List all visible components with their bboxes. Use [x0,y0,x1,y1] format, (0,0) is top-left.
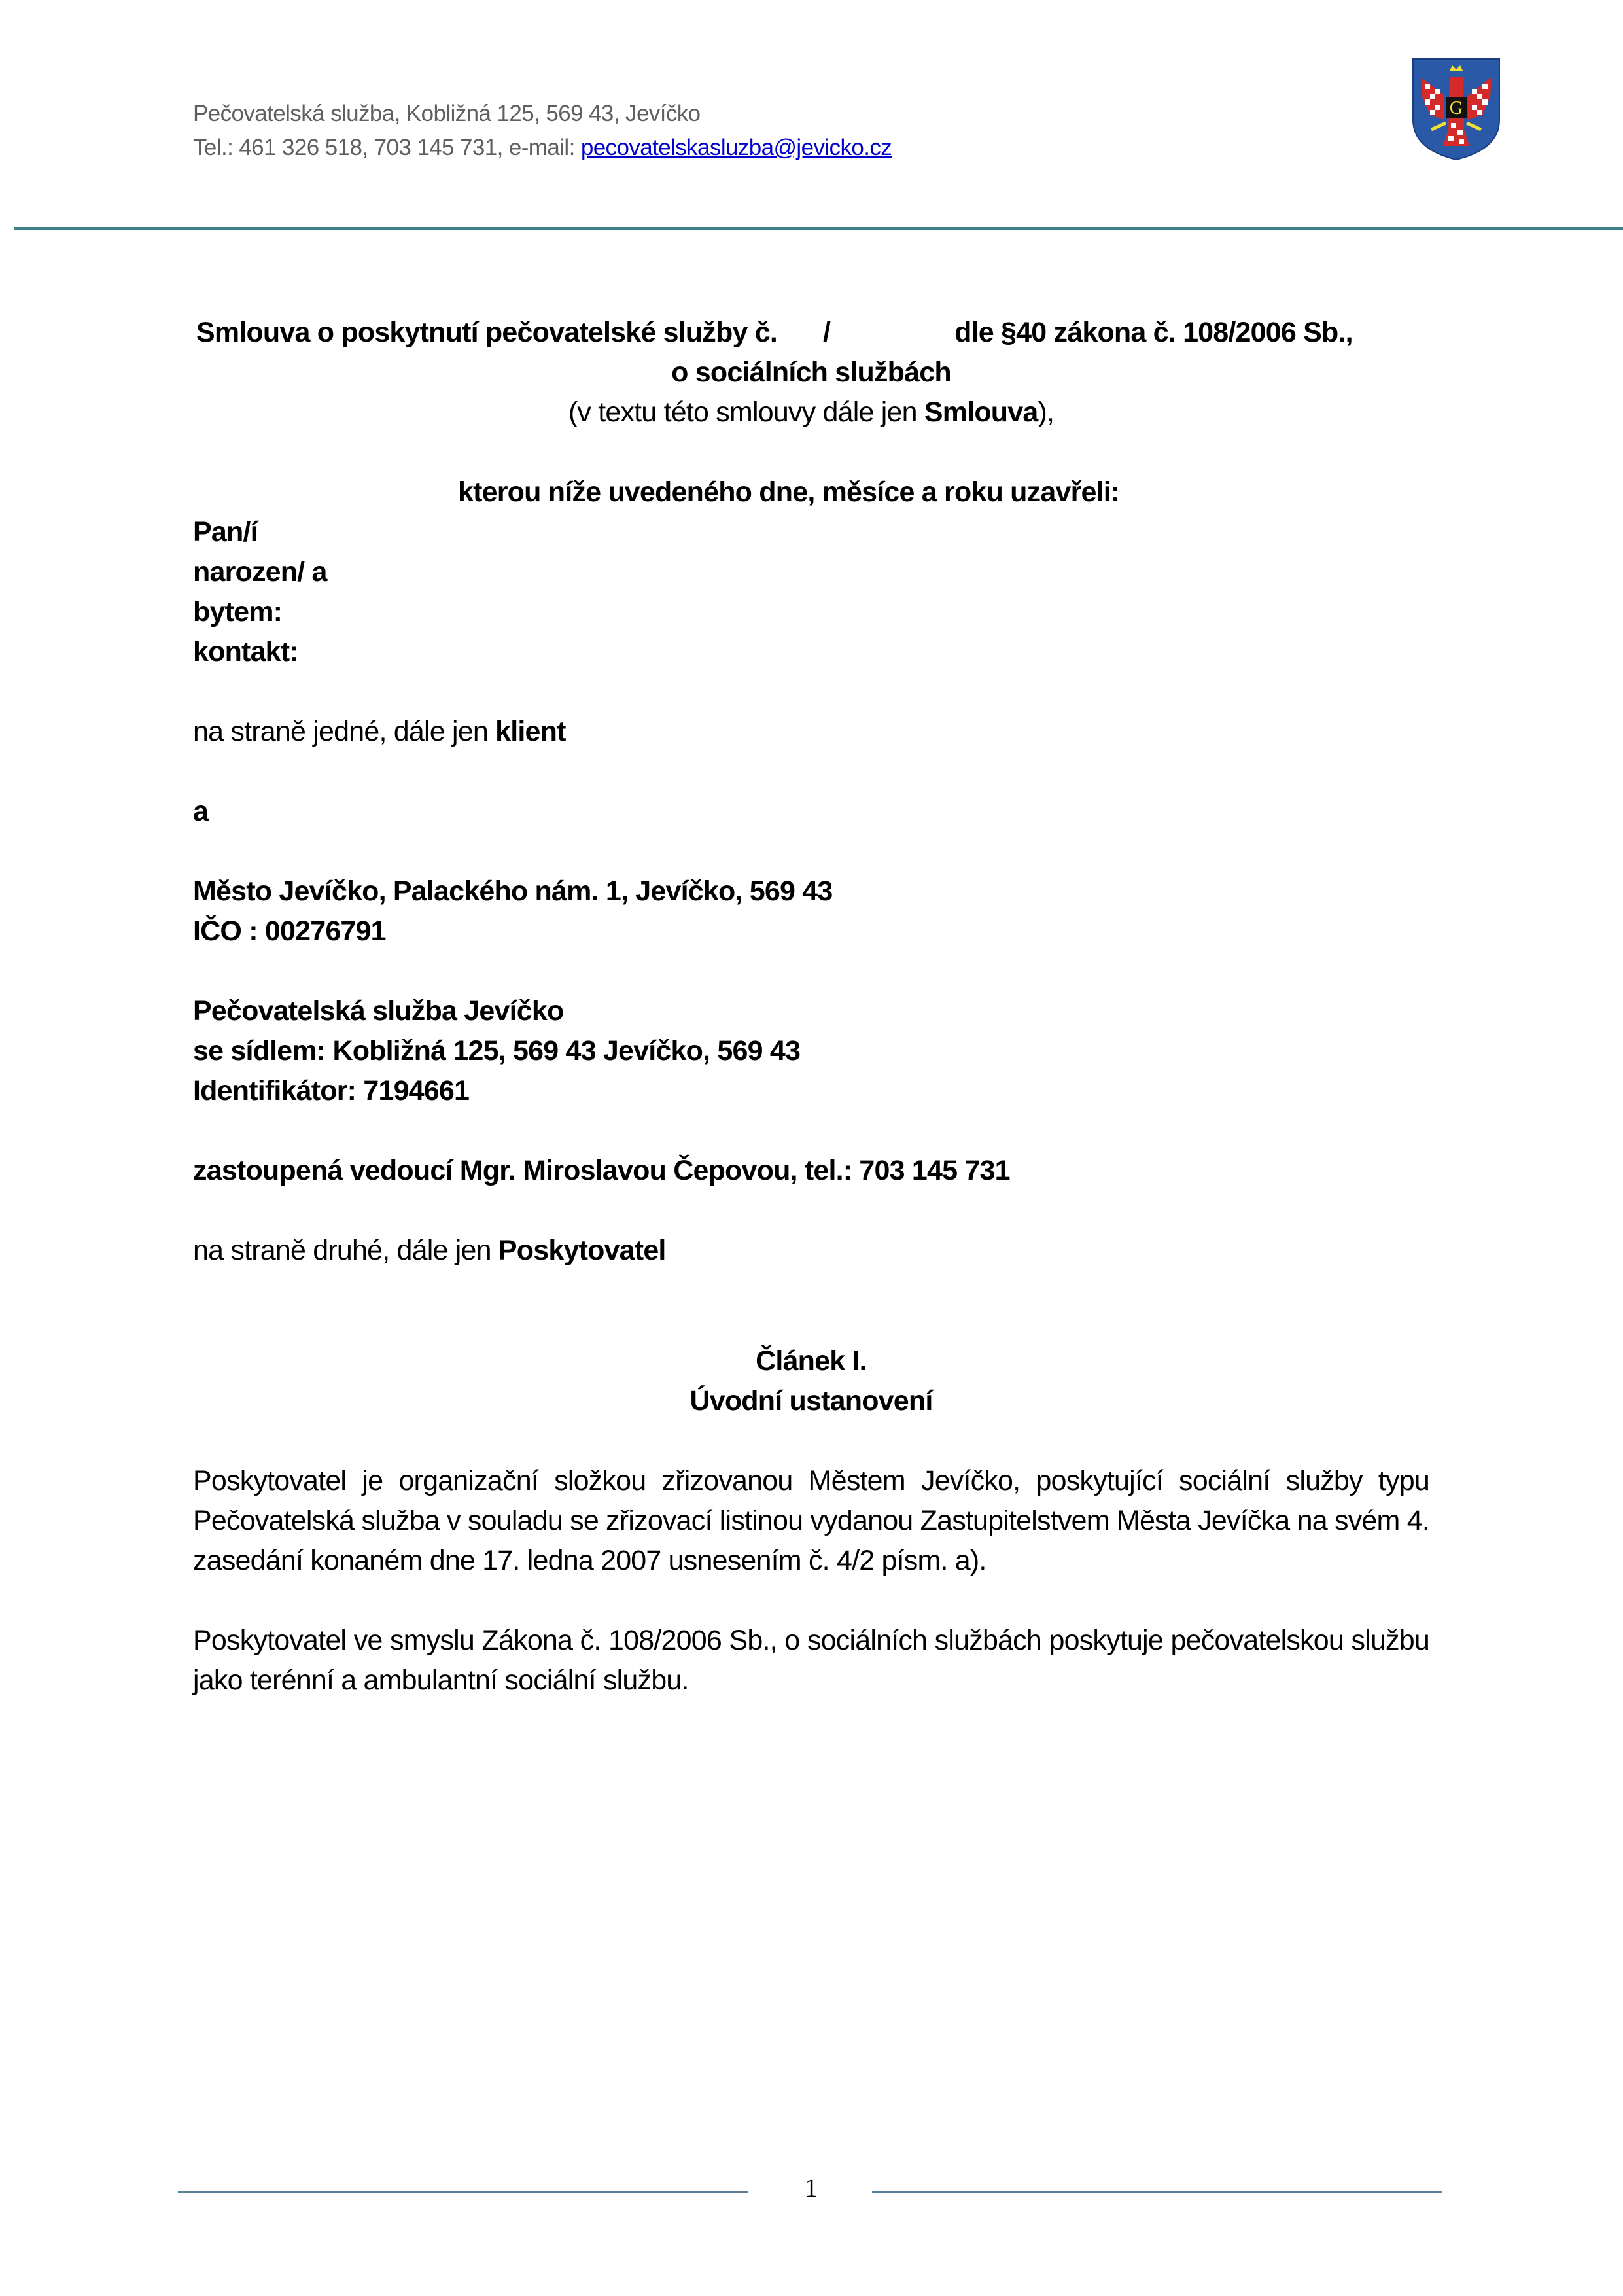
letterhead: Pečovatelská služba, Kobližná 125, 569 4… [193,97,892,165]
provider-side-bold: Poskytovatel [498,1235,666,1266]
svg-text:G: G [1450,98,1463,118]
city-line: Město Jevíčko, Palackého nám. 1, Jevíčko… [193,872,1429,911]
client-field-name: Pan/í [193,512,1429,552]
letterhead-phone: Tel.: 461 326 518, 703 145 731, e-mail: [193,135,581,160]
ico-line: IČO : 00276791 [193,911,1429,951]
letterhead-address: Pečovatelská služba, Kobližná 125, 569 4… [193,97,892,131]
title-line3-bold: Smlouva [924,397,1038,428]
title-line3-text: (v textu této smlouvy dále jen [568,397,924,428]
header-divider [14,227,1623,230]
letterhead-contact: Tel.: 461 326 518, 703 145 731, e-mail: … [193,131,892,165]
page-number: 1 [798,2172,824,2203]
client-field-address: bytem: [193,592,1429,632]
title-line2: o sociálních službách [193,353,1429,393]
provider-name: Pečovatelská služba Jevíčko [193,991,1429,1031]
client-side-label: na straně jedné, dále jen klient [193,712,1429,752]
coat-of-arms-icon: G [1412,58,1501,161]
provider-id: Identifikátor: 7194661 [193,1071,1429,1111]
provider-side-label: na straně druhé, dále jen Poskytovatel [193,1231,1429,1271]
article-subheading: Úvodní ustanovení [193,1381,1429,1421]
contract-title: Smlouva o poskytnutí pečovatelské služby… [196,313,1426,353]
email-link[interactable]: pecovatelskasluzba@jevicko.cz [581,135,892,160]
client-side-text: na straně jedné, dále jen [193,716,495,747]
article-paragraph-1: Poskytovatel je organizační složkou zřiz… [193,1461,1429,1581]
contract-number-slash: / [823,317,830,348]
provider-seat: se sídlem: Kobližná 125, 569 43 Jevíčko,… [193,1031,1429,1071]
footer-rule-right [872,2191,1442,2193]
article-paragraph-2: Poskytovatel ve smyslu Zákona č. 108/200… [193,1621,1429,1701]
article-heading: Článek I. [193,1341,1429,1381]
client-field-contact: kontakt: [193,632,1429,672]
title-part1: Smlouva o poskytnutí pečovatelské služby… [196,317,777,348]
client-field-birth: narozen/ a [193,552,1429,592]
parties-intro: kterou níže uvedeného dne, měsíce a roku… [458,472,1439,512]
title-line3-suffix: ), [1038,397,1054,428]
and-separator: a [193,792,1429,832]
client-side-bold: klient [495,716,566,747]
footer-rule-left [178,2191,748,2193]
title-line3: (v textu této smlouvy dále jen Smlouva), [193,393,1429,433]
provider-representative: zastoupená vedoucí Mgr. Miroslavou Čepov… [193,1151,1429,1191]
title-part2: dle §40 zákona č. 108/2006 Sb., [954,317,1353,348]
provider-side-text: na straně druhé, dále jen [193,1235,498,1266]
